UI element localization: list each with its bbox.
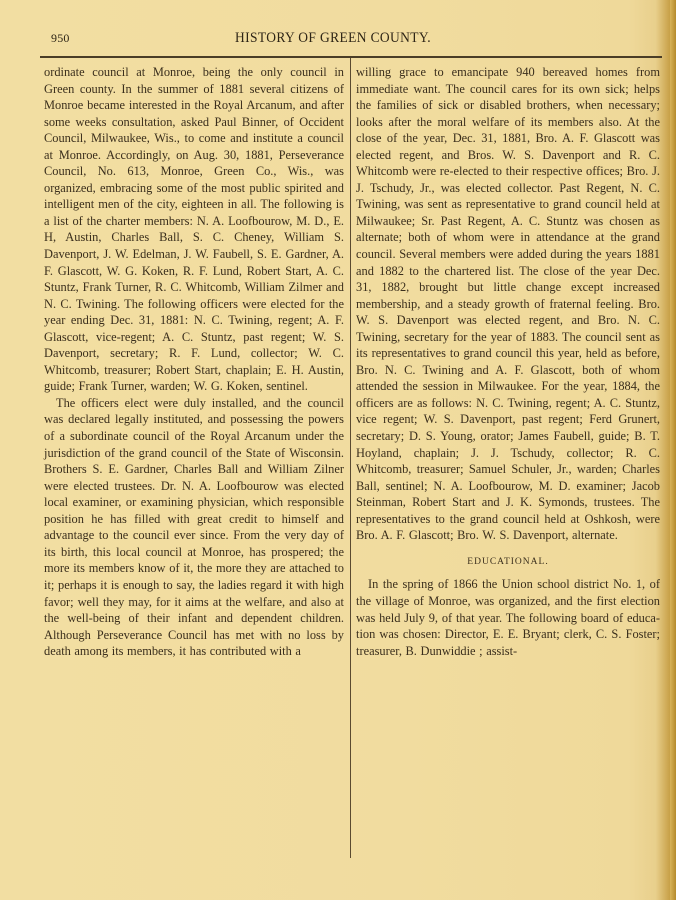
paragraph: The officers elect were duly installed, … (44, 395, 344, 660)
page-number: 950 (51, 31, 70, 46)
running-title: HISTORY OF GREEN COUNTY. (235, 30, 431, 47)
book-page: 950 HISTORY OF GREEN COUNTY. ordinate co… (0, 0, 676, 900)
header-rule (40, 56, 662, 58)
section-heading-educational: EDUCATIONAL. (356, 554, 660, 571)
page-binding-edge (670, 0, 676, 900)
paragraph: ordinate council at Monroe, being the on… (44, 64, 344, 395)
left-column: ordinate council at Monroe, being the on… (44, 64, 344, 660)
right-column: willing grace to emancipate 940 bereaved… (356, 64, 660, 659)
column-divider (350, 58, 351, 858)
running-head: 950 HISTORY OF GREEN COUNTY. (40, 28, 640, 48)
paragraph: willing grace to emancipate 940 bereaved… (356, 64, 660, 544)
paragraph: In the spring of 1866 the Union school d… (356, 576, 660, 659)
